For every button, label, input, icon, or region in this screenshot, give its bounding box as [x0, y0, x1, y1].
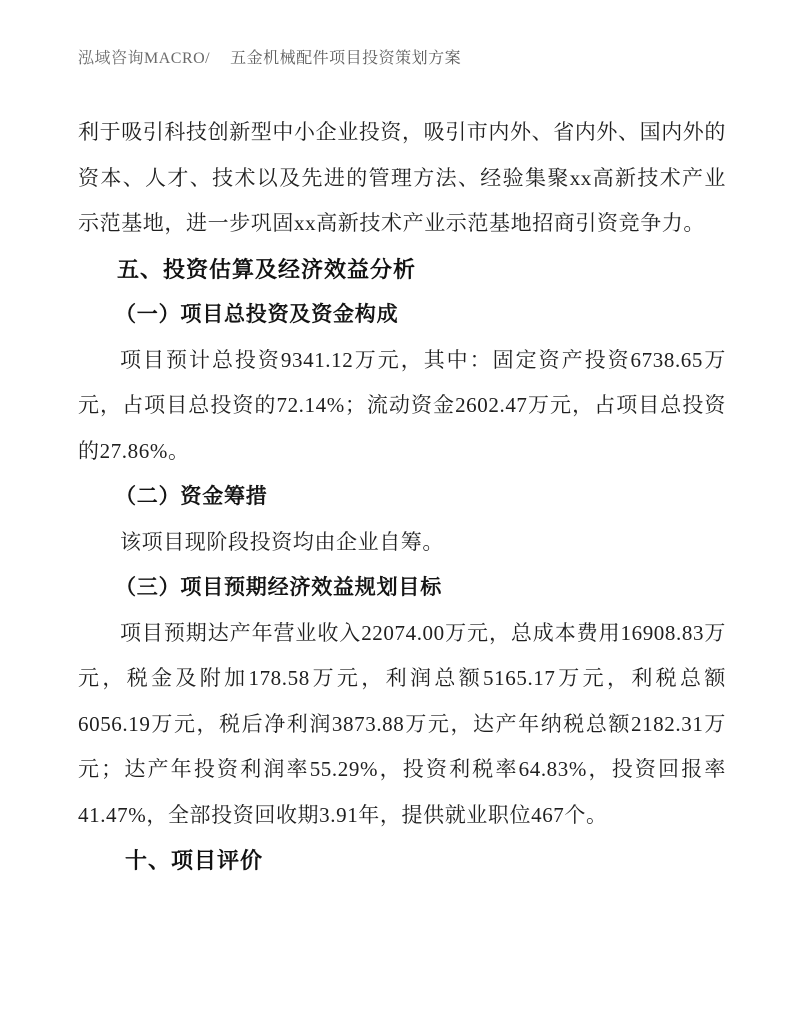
heading-sub-expected-economic-targets: （三）项目预期经济效益规划目标 [78, 565, 726, 611]
heading-section-five-investment-analysis: 五、投资估算及经济效益分析 [78, 247, 726, 293]
body-paragraph-continuation: 利于吸引科技创新型中小企业投资，吸引市内外、省内外、国内外的资本、人才、技术以及… [78, 110, 726, 247]
page-header: 泓域咨询MACRO/五金机械配件项目投资策划方案 [78, 0, 726, 72]
body-paragraph-economic-benefits: 项目预期达产年营业收入22074.00万元，总成本费用16908.83万元，税金… [78, 611, 726, 839]
header-document-title: 五金机械配件项目投资策划方案 [230, 46, 461, 72]
document-page: 泓域咨询MACRO/五金机械配件项目投资策划方案 利于吸引科技创新型中小企业投资… [0, 0, 800, 1036]
heading-section-ten-project-evaluation: 十、项目评价 [78, 838, 726, 884]
header-brand-text: 泓域咨询MACRO/ [78, 46, 210, 72]
body-paragraph-total-investment: 项目预计总投资9341.12万元，其中：固定资产投资6738.65万元，占项目总… [78, 338, 726, 475]
document-body: 利于吸引科技创新型中小企业投资，吸引市内外、省内外、国内外的资本、人才、技术以及… [78, 110, 726, 884]
heading-sub-funding-arrangement: （二）资金筹措 [78, 474, 726, 520]
body-paragraph-funding-source: 该项目现阶段投资均由企业自筹。 [78, 520, 726, 566]
heading-sub-total-investment-composition: （一）项目总投资及资金构成 [78, 292, 726, 338]
